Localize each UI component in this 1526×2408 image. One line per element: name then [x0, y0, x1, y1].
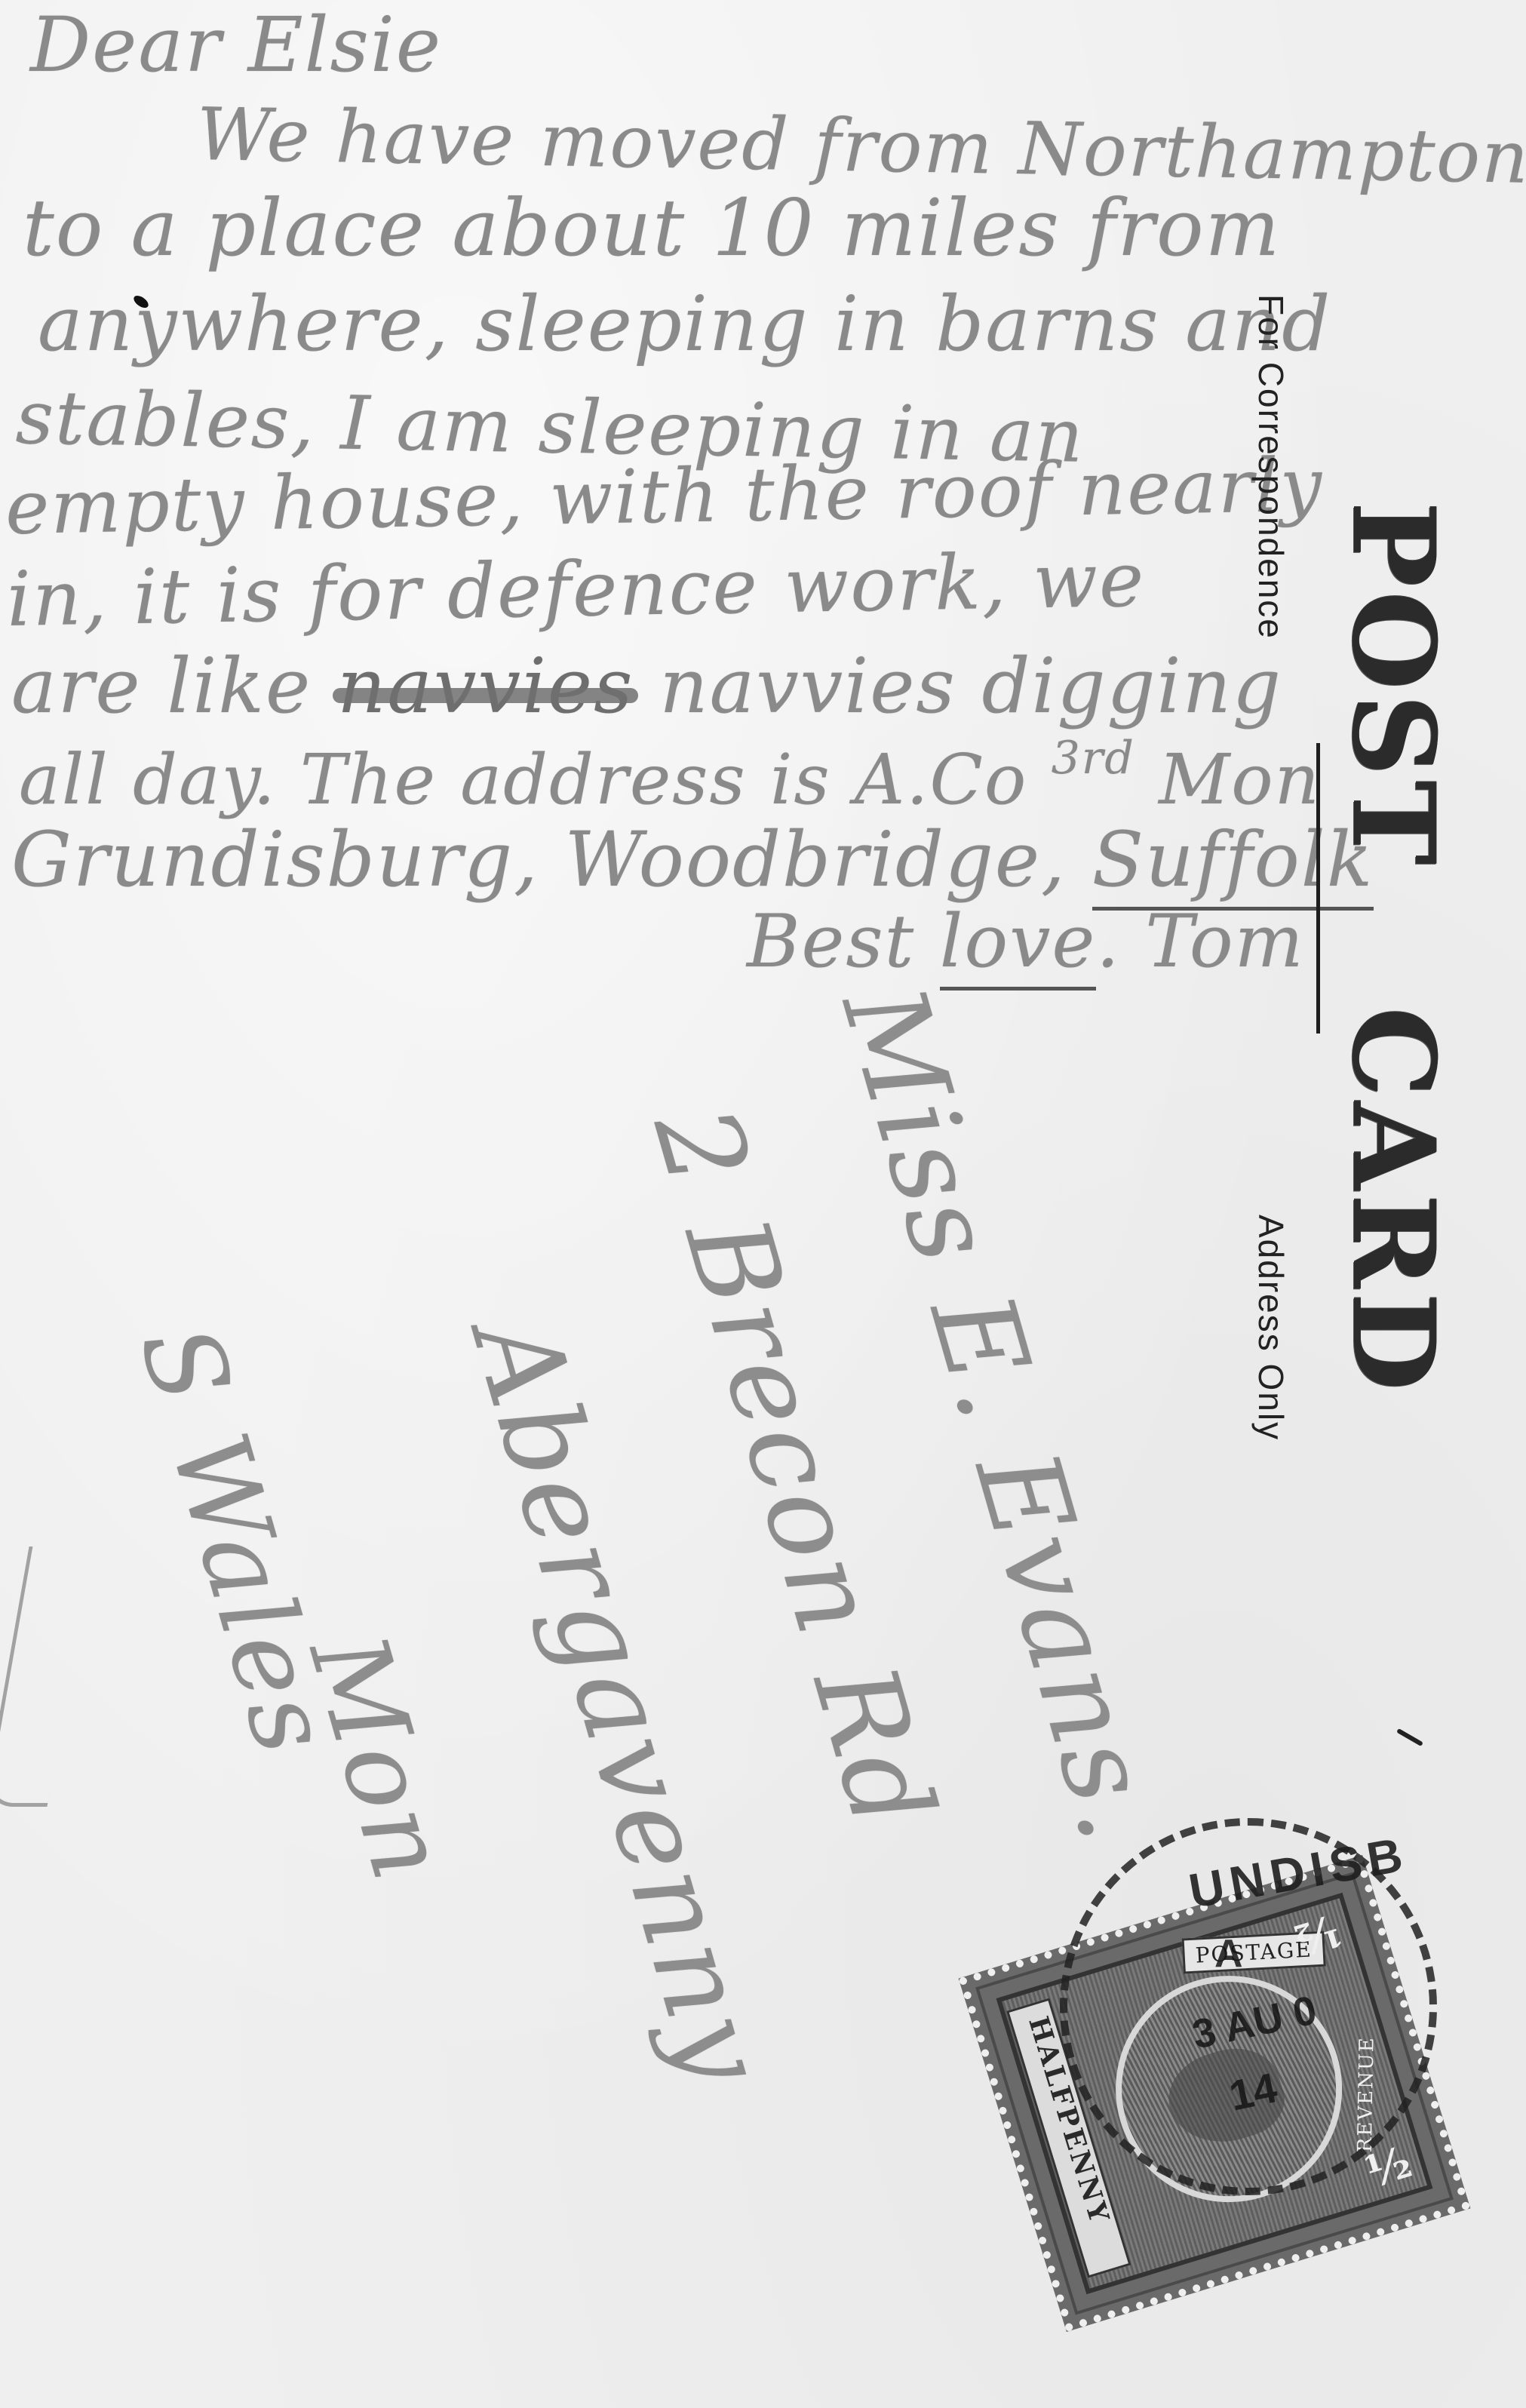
- pencil-stroke-mark: [0, 1546, 93, 1807]
- closing-start: Best: [747, 899, 915, 984]
- message-line-9-text: Grundisburg, Woodbridge,: [11, 815, 1067, 904]
- message-line-6: in, it is for defence work, we: [6, 542, 1146, 637]
- message-line-8-text: all day. The address is A.Co: [19, 739, 1027, 820]
- message-line-1: We have moved from Northampton: [196, 98, 1526, 194]
- message-line-3: anywhere, sleeping in barns and: [38, 287, 1331, 362]
- card-heading: CARD: [1327, 1007, 1460, 1396]
- postmark-year: 14: [1225, 2062, 1281, 2121]
- message-closing: Best love. Tom: [747, 905, 1305, 978]
- message-line-5: empty house, with the roof nearly: [5, 449, 1324, 545]
- correspondence-address-divider: [1316, 743, 1320, 1034]
- postmark-time: A: [1214, 1931, 1243, 1976]
- stray-pen-mark: [1396, 1728, 1423, 1746]
- closing-signature: . Tom: [1096, 899, 1304, 984]
- message-salutation: Dear Elsie: [30, 8, 442, 83]
- message-line-2: to a place about 10 miles from: [23, 189, 1281, 267]
- regiment-ordinal: 3rd: [1052, 732, 1135, 785]
- closing-underlined: love: [940, 899, 1097, 991]
- address-line-5: S Wales: [115, 1313, 355, 1769]
- message-line-9: Grundisburg, Woodbridge, Suffolk: [11, 822, 1374, 898]
- post-heading: POST: [1327, 502, 1460, 869]
- regiment-abbrev: Mon: [1159, 739, 1321, 820]
- message-line-7: are like navvies navvies digging: [11, 649, 1282, 724]
- struck-out-word: navvies: [337, 642, 634, 730]
- postcard-back: Dear Elsie We have moved from Northampto…: [0, 0, 1526, 2408]
- for-correspondence-label: For Correspondence: [1251, 294, 1291, 640]
- address-only-label: Address Only: [1251, 1215, 1291, 1441]
- message-line-8: all day. The address is A.Co 3rd Mon: [19, 736, 1321, 815]
- message-line-7-start: are like: [11, 642, 312, 730]
- message-line-7-end: navvies digging: [659, 642, 1282, 730]
